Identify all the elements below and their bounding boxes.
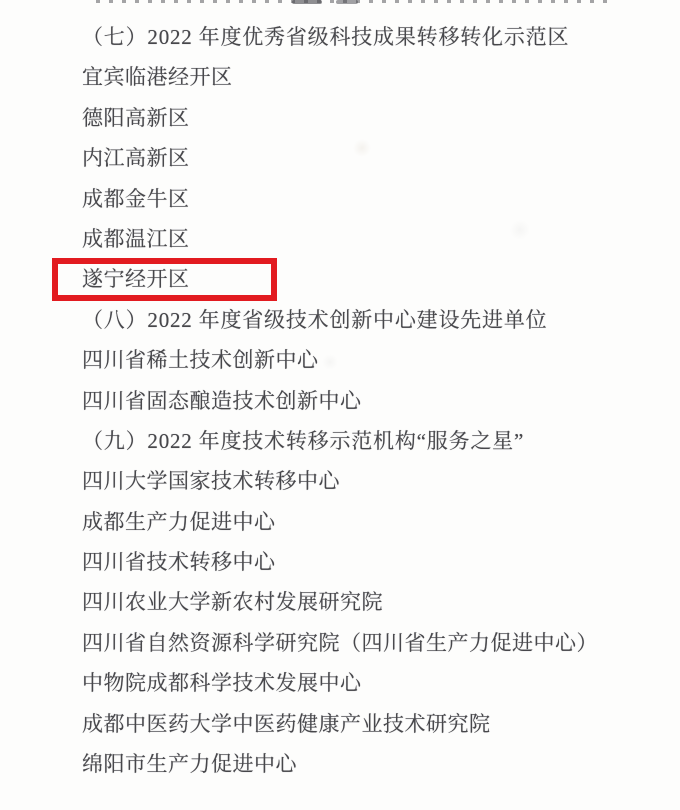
doc-line: 宜宾临港经开区 xyxy=(82,57,680,97)
doc-line-text: （九）2022 年度技术转移示范机构“服务之星” xyxy=(82,429,524,453)
doc-line-text: 四川农业大学新农村发展研究院 xyxy=(82,590,383,614)
doc-line-text: 成都中医药大学中医药健康产业技术研究院 xyxy=(82,712,491,736)
doc-line: 四川农业大学新农村发展研究院 xyxy=(82,582,680,622)
doc-line-text: 德阳高新区 xyxy=(82,106,190,130)
doc-line: 四川省固态酿造技术创新中心 xyxy=(82,381,680,421)
doc-line-text: （八）2022 年度省级技术创新中心建设先进单位 xyxy=(82,308,547,332)
doc-line-text: 四川省稀土技术创新中心 xyxy=(82,348,319,372)
doc-line-text: 内江高新区 xyxy=(82,146,190,170)
document-lines: （七）2022 年度优秀省级科技成果转移转化示范区宜宾临港经开区德阳高新区内江高… xyxy=(0,17,680,784)
doc-line-text: 成都温江区 xyxy=(82,227,190,251)
doc-line: 绵阳市生产力促进中心 xyxy=(82,744,680,784)
doc-line-text: 成都生产力促进中心 xyxy=(82,510,276,534)
doc-line-text: 宜宾临港经开区 xyxy=(82,65,233,89)
doc-line: 四川省自然资源科学研究院（四川省生产力促进中心） xyxy=(82,623,680,663)
doc-line-text: 成都金牛区 xyxy=(82,187,190,211)
doc-line: 内江高新区 xyxy=(82,138,680,178)
doc-line: 成都中医药大学中医药健康产业技术研究院 xyxy=(82,704,680,744)
doc-line-text: （七）2022 年度优秀省级科技成果转移转化示范区 xyxy=(82,25,569,49)
doc-line: 四川省稀土技术创新中心 xyxy=(82,340,680,380)
doc-line: 四川大学国家技术转移中心 xyxy=(82,461,680,501)
cropped-text-blob xyxy=(292,0,322,4)
doc-line-text: 四川大学国家技术转移中心 xyxy=(82,469,340,493)
doc-line: （八）2022 年度省级技术创新中心建设先进单位 xyxy=(82,300,680,340)
doc-line: （九）2022 年度技术转移示范机构“服务之星” xyxy=(82,421,680,461)
doc-line: （七）2022 年度优秀省级科技成果转移转化示范区 xyxy=(82,17,680,57)
doc-line: 成都金牛区 xyxy=(82,179,680,219)
doc-line-text: 中物院成都科学技术发展中心 xyxy=(82,671,362,695)
doc-line: 成都生产力促进中心 xyxy=(82,502,680,542)
doc-line: 中物院成都科学技术发展中心 xyxy=(82,663,680,703)
doc-line-text: 绵阳市生产力促进中心 xyxy=(82,752,297,776)
doc-line-text: 四川省技术转移中心 xyxy=(82,550,276,574)
doc-line: 德阳高新区 xyxy=(82,98,680,138)
doc-line: 四川省技术转移中心 xyxy=(82,542,680,582)
scanned-document-page: （七）2022 年度优秀省级科技成果转移转化示范区宜宾临港经开区德阳高新区内江高… xyxy=(0,0,680,810)
doc-line-text: 四川省固态酿造技术创新中心 xyxy=(82,389,362,413)
cropped-text-blob xyxy=(336,0,358,4)
doc-line-text: 四川省自然资源科学研究院（四川省生产力促进中心） xyxy=(82,631,598,655)
doc-line: 成都温江区 xyxy=(82,219,680,259)
red-highlight-box xyxy=(52,258,277,301)
